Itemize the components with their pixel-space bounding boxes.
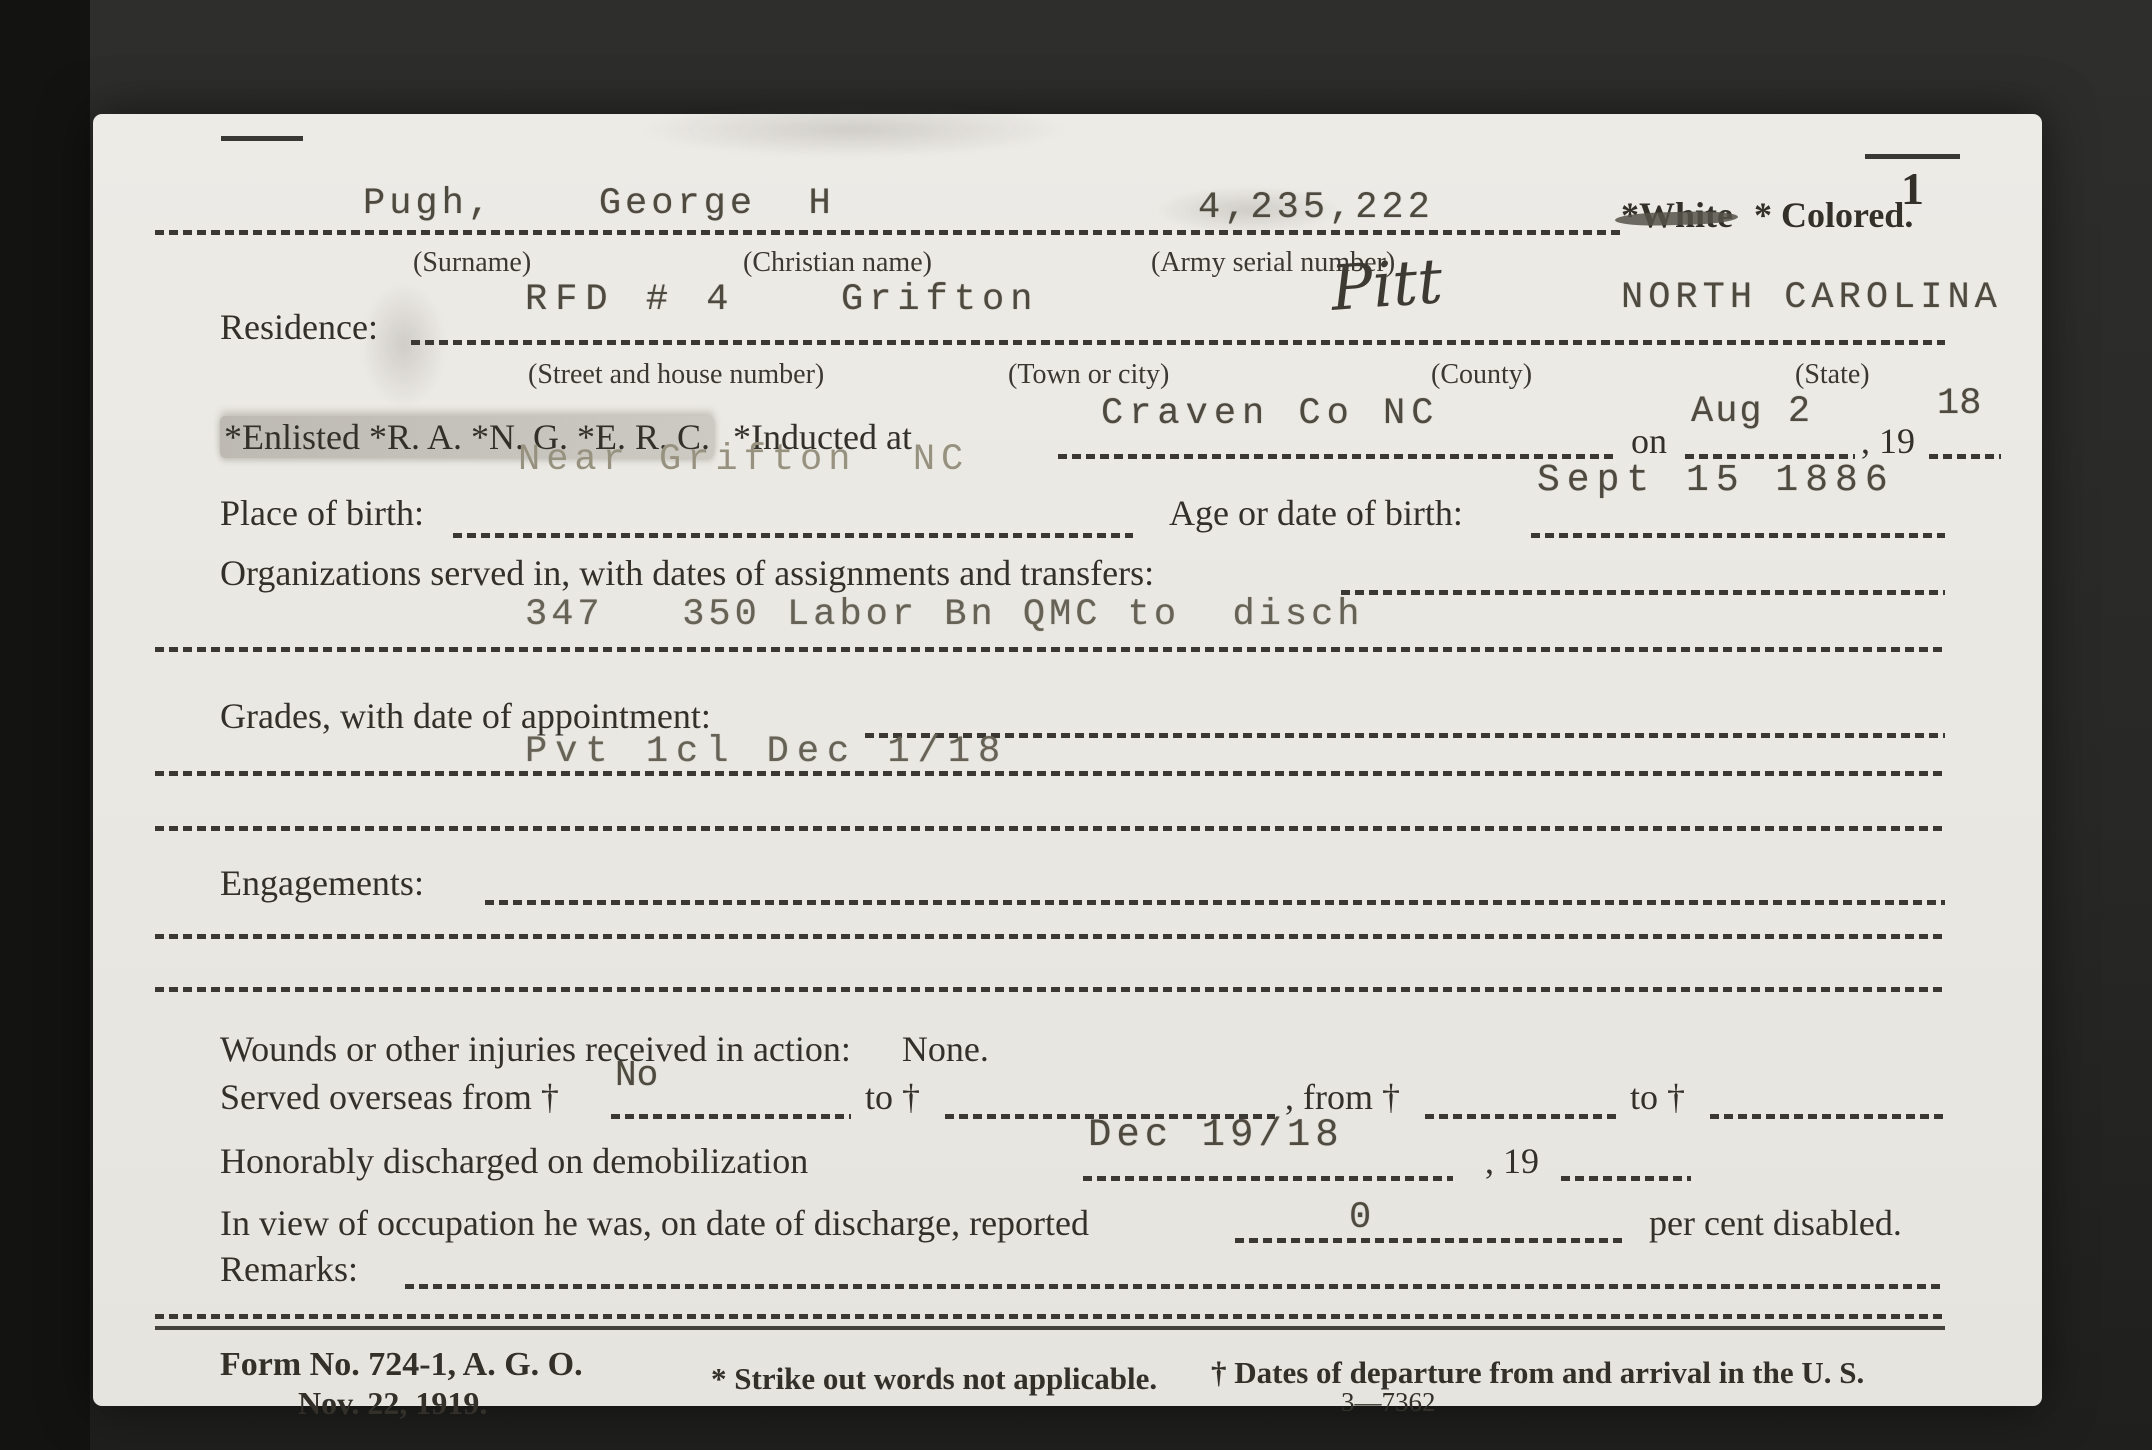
induction-place-typed: Craven Co NC — [1101, 396, 1439, 433]
dotted-line — [155, 771, 1945, 776]
wounds-line: Wounds or other injuries received in act… — [220, 1030, 989, 1070]
year-19-label: , 19 — [1861, 422, 1915, 462]
surname-caption: (Surname) — [413, 248, 531, 279]
scan-smudge — [638, 102, 1068, 157]
dotted-line — [1341, 590, 1945, 595]
race-colored-label: * Colored. — [1754, 195, 1913, 235]
dotted-line — [1561, 1176, 1691, 1181]
service-record-card: 1 Pugh, George H 4,235,222 *White * Colo… — [93, 114, 2042, 1406]
wounds-value: None. — [902, 1029, 989, 1069]
residence-state-typed: NORTH CAROLINA — [1621, 280, 2002, 317]
dotted-line — [611, 1114, 851, 1119]
top-left-rule — [221, 136, 303, 141]
dotted-line — [1235, 1238, 1625, 1243]
page-number-rule — [1865, 154, 1960, 159]
christian-name-caption: (Christian name) — [743, 248, 932, 279]
dotted-line — [1929, 454, 2001, 459]
dotted-line — [485, 900, 1945, 905]
scan-background-strip — [0, 0, 90, 1450]
dotted-line — [155, 934, 1945, 939]
wounds-label: Wounds or other injuries received in act… — [220, 1029, 851, 1069]
organizations-typed: 347 350 Labor Bn QMC to disch — [525, 597, 1364, 634]
dotted-line — [865, 733, 1945, 738]
overseas-from2-label: , from † — [1285, 1078, 1400, 1118]
print-code: 3—7362 — [1341, 1388, 1436, 1418]
overseas-to1-label: to † — [865, 1078, 920, 1118]
dotted-line — [155, 647, 1945, 652]
name-typed: Pugh, George H — [363, 186, 835, 223]
footer-rule — [155, 1326, 1945, 1330]
form-number: Form No. 724-1, A. G. O. — [220, 1346, 583, 1383]
birthdate-typed: Sept 15 1886 — [1537, 462, 1895, 500]
form-date: Nov. 22, 1919. — [298, 1386, 487, 1421]
dotted-line — [1531, 533, 1945, 538]
race-white-struck: *White — [1621, 196, 1733, 236]
residence-label: Residence: — [220, 308, 378, 348]
remarks-label: Remarks: — [220, 1250, 358, 1290]
induction-date-typed: Aug 2 — [1691, 394, 1812, 431]
race-options: *White * Colored. — [1621, 196, 1913, 236]
street-caption: (Street and house number) — [528, 360, 824, 391]
dagger-note: † Dates of departure from and arrival in… — [1211, 1356, 1864, 1390]
birthplace-label: Place of birth: — [220, 494, 424, 534]
grades-typed: Pvt 1cl Dec 1/18 — [525, 734, 1008, 771]
residence-street-typed: RFD # 4 — [525, 282, 736, 319]
dotted-line — [1425, 1114, 1620, 1119]
induction-year-typed: 18 — [1937, 386, 1981, 423]
discharge-label: Honorably discharged on demobilization — [220, 1142, 808, 1182]
scanned-document-page: 1 Pugh, George H 4,235,222 *White * Colo… — [0, 0, 2152, 1450]
dotted-line — [155, 987, 1945, 992]
dotted-line — [453, 533, 1133, 538]
organizations-label: Organizations served in, with dates of a… — [220, 554, 1154, 594]
dotted-line — [1710, 1114, 1945, 1119]
birthplace-typed: Near Grifton NC — [518, 442, 969, 479]
disability-suffix: per cent disabled. — [1649, 1204, 1902, 1244]
overseas-label: Served overseas from † — [220, 1078, 559, 1118]
dotted-line — [1083, 1176, 1453, 1181]
dotted-line — [411, 340, 1945, 345]
on-label: on — [1631, 422, 1667, 462]
discharge-date-typed: Dec 19/18 — [1088, 1116, 1344, 1155]
dotted-line — [155, 826, 1945, 831]
dotted-line — [405, 1284, 1945, 1289]
disability-value-typed: 0 — [1349, 1200, 1371, 1237]
overseas-to2-label: to † — [1630, 1078, 1685, 1118]
residence-town-typed: Grifton — [841, 282, 1038, 319]
county-caption: (County) — [1431, 360, 1532, 391]
state-caption: (State) — [1795, 360, 1870, 391]
disability-label: In view of occupation he was, on date of… — [220, 1204, 1089, 1244]
residence-county-handwritten: Pitt — [1329, 244, 1445, 325]
dotted-line — [155, 230, 1623, 235]
engagements-label: Engagements: — [220, 864, 424, 904]
dotted-line — [155, 1314, 1945, 1319]
serial-typed: 4,235,222 — [1198, 190, 1434, 227]
dotted-line — [1058, 454, 1618, 459]
discharge-year-label: , 19 — [1485, 1142, 1539, 1182]
age-label: Age or date of birth: — [1169, 494, 1463, 534]
overseas-from1-typed: No — [615, 1058, 658, 1094]
town-caption: (Town or city) — [1008, 360, 1169, 391]
strike-note: * Strike out words not applicable. — [711, 1362, 1157, 1396]
